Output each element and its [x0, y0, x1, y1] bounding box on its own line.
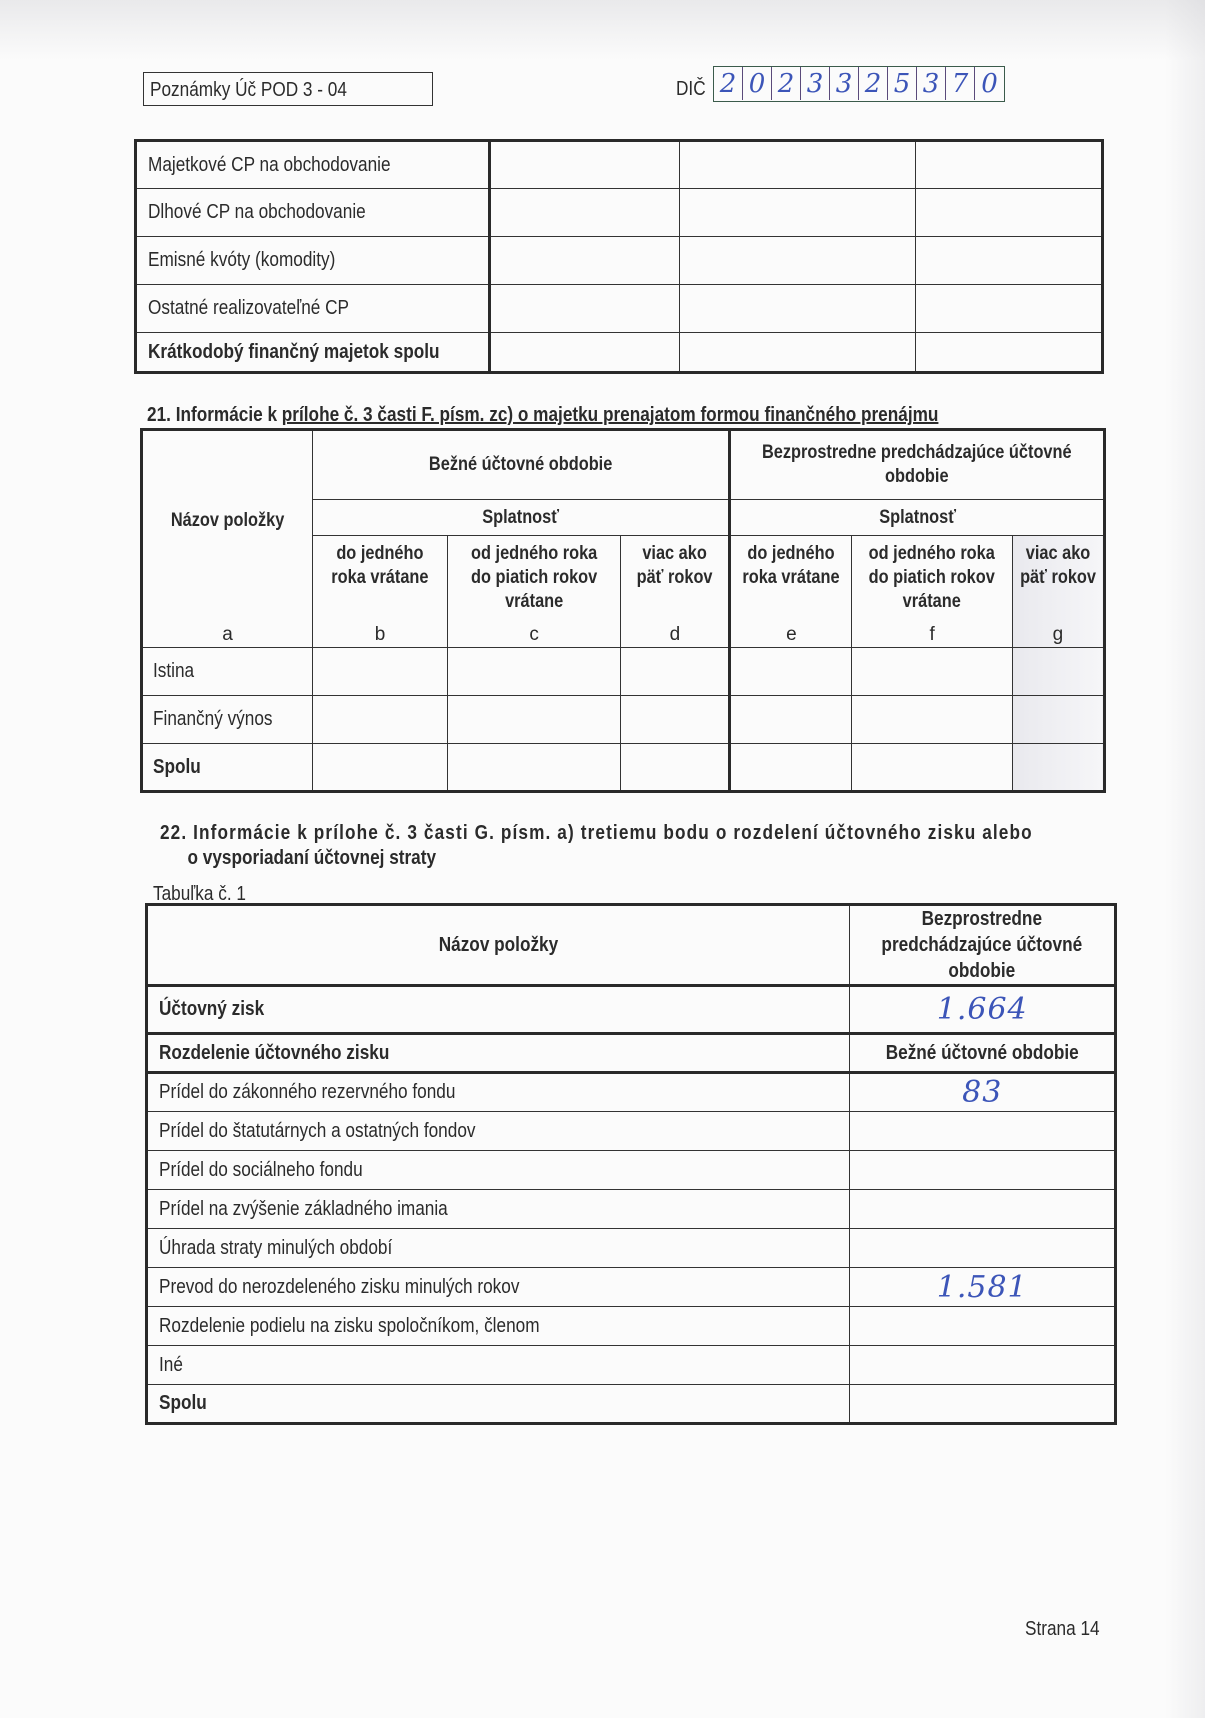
dic-digit[interactable]: 0 — [975, 67, 1004, 100]
row-label-text: Spolu — [159, 1392, 207, 1415]
row-label: Ostatné realizovateľné CP — [136, 285, 490, 333]
form-identifier-text: Poznámky Úč POD 3 - 04 — [150, 73, 347, 107]
value-cell[interactable] — [1012, 648, 1104, 696]
column-letter: f — [852, 623, 1012, 647]
row-label-text: Úhrada straty minulých období — [159, 1237, 392, 1260]
value-cell[interactable] — [916, 237, 1103, 285]
row-label: Prídel do štatutárnych a ostatných fondo… — [147, 1112, 850, 1151]
row-label-text: Dlhové CP na obchodovanie — [148, 201, 366, 224]
row-label: Prídel na zvýšenie základného imania — [147, 1190, 850, 1229]
value-cell[interactable] — [680, 189, 916, 237]
handwritten-value: 1.664 — [937, 992, 1028, 1027]
value-cell[interactable] — [852, 696, 1013, 744]
dic-digit[interactable]: 2 — [714, 67, 743, 100]
column-letter: e — [731, 623, 851, 647]
column-header-maturity-bucket: viac ako päť rokovg — [1012, 536, 1104, 648]
row-label-text: Rozdelenie podielu na zisku spoločníkom,… — [159, 1315, 540, 1338]
table-header-row: Názov položky Bezprostredne predchádzajú… — [147, 905, 1116, 986]
handwritten-value: 83 — [962, 1075, 1002, 1110]
section-22-title-line1: 22. Informácie k prílohe č. 3 časti G. p… — [160, 822, 986, 845]
value-cell[interactable] — [730, 744, 852, 792]
table-row: Emisné kvóty (komodity) — [136, 237, 1103, 285]
value-cell[interactable] — [1012, 744, 1104, 792]
table-row: Spolu — [147, 1385, 1116, 1424]
column-header-maturity-bucket: do jedného roka vrátanee — [730, 536, 852, 648]
row-label-text: Finančný výnos — [153, 708, 273, 731]
value-cell[interactable] — [313, 744, 448, 792]
dic-label-text: DIČ — [676, 78, 706, 101]
column-header-maturity-bucket: od jedného roka do piatich rokov vrátane… — [448, 536, 621, 648]
table-row: Krátkodobý finančný majetok spolu — [136, 333, 1103, 373]
value-cell[interactable] — [1012, 696, 1104, 744]
column-header-current-period: Bežné účtovné obdobie — [850, 1034, 1116, 1073]
row-label: Iné — [147, 1346, 850, 1385]
current-period-label: Bežné účtovné obdobie — [429, 453, 612, 477]
row-label: Prídel do sociálneho fondu — [147, 1151, 850, 1190]
row-label-text: Krátkodobý finančný majetok spolu — [148, 341, 439, 364]
row-label: Spolu — [147, 1385, 850, 1424]
table-row: Ostatné realizovateľné CP — [136, 285, 1103, 333]
table-row: Prevod do nerozdeleného zisku minulých r… — [147, 1268, 1116, 1307]
value-cell[interactable] — [490, 333, 680, 373]
profit-label: Účtovný zisk — [159, 998, 264, 1021]
row-label: Majetkové CP na obchodovanie — [136, 141, 490, 189]
column-header-maturity-bucket: do jedného roka vrátaneb — [313, 536, 448, 648]
row-label-text: Emisné kvóty (komodity) — [148, 249, 335, 272]
column-letter: a — [143, 623, 312, 647]
row-label-text: Prídel do štatutárnych a ostatných fondo… — [159, 1120, 475, 1143]
value-cell[interactable] — [490, 285, 680, 333]
row-label: Finančný výnos — [142, 696, 313, 744]
maturity-label: Splatnosť — [482, 506, 559, 530]
section-21-title: 21. Informácie k prílohe č. 3 časti F. p… — [147, 404, 938, 427]
value-cell[interactable] — [852, 648, 1013, 696]
table-row: Istina — [142, 648, 1105, 696]
section-22-title-line2: o vysporiadaní účtovnej straty — [160, 847, 986, 870]
distribution-label: Rozdelenie účtovného zisku — [159, 1042, 389, 1065]
value-cell[interactable] — [448, 744, 621, 792]
table-row: Iné — [147, 1346, 1116, 1385]
table-row: Spolu — [142, 744, 1105, 792]
row-label-text: Prídel na zvýšenie základného imania — [159, 1198, 448, 1221]
row-label-text: Prevod do nerozdeleného zisku minulých r… — [159, 1276, 519, 1299]
page-number-text: Strana 14 — [1025, 1618, 1100, 1641]
value-cell[interactable] — [850, 1112, 1116, 1151]
table-row-distribution-header: Rozdelenie účtovného zisku Bežné účtovné… — [147, 1034, 1116, 1073]
column-header-maturity-bucket: viac ako päť rokovd — [621, 536, 730, 648]
column-letter: b — [313, 623, 447, 647]
column-header-item-name: Názov položky — [147, 905, 850, 986]
column-header-maturity-bucket: od jedného roka do piatich rokov vrátane… — [852, 536, 1013, 648]
item-name-label: Názov položky — [155, 509, 301, 533]
value-cell[interactable] — [850, 1385, 1116, 1424]
value-cell[interactable] — [850, 1307, 1116, 1346]
row-label: Istina — [142, 648, 313, 696]
row-label-text: Ostatné realizovateľné CP — [148, 297, 349, 320]
form-identifier: Poznámky Úč POD 3 - 04 — [143, 72, 433, 106]
table-row: Finančný výnos — [142, 696, 1105, 744]
row-label: Prídel do zákonného rezervného fondu — [147, 1073, 850, 1112]
value-cell[interactable] — [448, 648, 621, 696]
section-22-title: 22. Informácie k prílohe č. 3 časti G. p… — [160, 822, 1120, 870]
dic-digit[interactable]: 3 — [917, 67, 946, 100]
row-label-text: Prídel do sociálneho fondu — [159, 1159, 363, 1182]
value-cell[interactable] — [680, 237, 916, 285]
row-label: Krátkodobý finančný majetok spolu — [136, 333, 490, 373]
value-cell[interactable] — [850, 1151, 1116, 1190]
header-current-period: Bežné účtovné obdobie — [313, 430, 730, 500]
value-cell[interactable] — [850, 1346, 1116, 1385]
column-letter: d — [621, 623, 728, 647]
row-label-text: Iné — [159, 1354, 183, 1377]
value-cell[interactable] — [680, 333, 916, 373]
row-label: Účtovný zisk — [147, 986, 850, 1034]
dic-field[interactable]: 2 0 2 3 3 2 5 3 7 0 — [713, 66, 1005, 102]
dic-digit[interactable]: 3 — [801, 67, 830, 100]
value-cell[interactable] — [621, 696, 730, 744]
row-label-text: Prídel do zákonného rezervného fondu — [159, 1081, 455, 1104]
row-label-text: Istina — [153, 660, 194, 683]
value-cell[interactable] — [680, 141, 916, 189]
value-cell[interactable] — [621, 744, 730, 792]
section-21-title-underlined: prílohe č. 3 časti F. písm. zc) o majetk… — [282, 404, 939, 426]
row-label: Rozdelenie účtovného zisku — [147, 1034, 850, 1073]
value-cell[interactable] — [621, 648, 730, 696]
value-cell[interactable] — [313, 696, 448, 744]
value-cell[interactable] — [448, 696, 621, 744]
maturity-label: Splatnosť — [879, 506, 956, 530]
row-label: Emisné kvóty (komodity) — [136, 237, 490, 285]
column-label: viac ako päť rokov — [629, 542, 721, 590]
dic-digit[interactable]: 2 — [859, 67, 888, 100]
dic-digit[interactable]: 2 — [772, 67, 801, 100]
value-cell[interactable] — [730, 648, 852, 696]
dic-label: DIČ — [676, 78, 710, 101]
dic-digit[interactable]: 5 — [888, 67, 917, 100]
column-label: viac ako päť rokov — [1019, 542, 1096, 590]
profit-distribution-table: Názov položky Bezprostredne predchádzajú… — [145, 903, 1117, 1425]
value-cell[interactable] — [730, 696, 852, 744]
handwritten-value: 1.581 — [937, 1270, 1028, 1305]
table-row: Prídel do štatutárnych a ostatných fondo… — [147, 1112, 1116, 1151]
column-letter: c — [448, 623, 620, 647]
previous-period-label: Bezprostredne predchádzajúce účtovné obd… — [757, 441, 1077, 489]
value-cell[interactable] — [916, 285, 1103, 333]
column-header-previous-period: Bezprostredne predchádzajúce účtovné obd… — [850, 905, 1116, 986]
value-cell[interactable]: 1.581 — [850, 1268, 1116, 1307]
value-cell[interactable] — [680, 285, 916, 333]
table-row: Prídel do zákonného rezervného fondu83 — [147, 1073, 1116, 1112]
row-label: Rozdelenie podielu na zisku spoločníkom,… — [147, 1307, 850, 1346]
item-name-label: Názov položky — [439, 932, 558, 958]
table-row-profit: Účtovný zisk 1.664 — [147, 986, 1116, 1034]
value-cell[interactable] — [490, 237, 680, 285]
row-label: Úhrada straty minulých období — [147, 1229, 850, 1268]
value-cell[interactable] — [916, 333, 1103, 373]
header-maturity-previous: Splatnosť — [730, 500, 1105, 536]
row-label-text: Spolu — [153, 756, 201, 779]
column-label: od jedného roka do piatich rokov vrátane — [460, 542, 608, 614]
previous-period-label: Bezprostredne predchádzajúce účtovné obd… — [881, 906, 1084, 984]
table-row: Majetkové CP na obchodovanie — [136, 141, 1103, 189]
row-label: Spolu — [142, 744, 313, 792]
row-label-text: Majetkové CP na obchodovanie — [148, 154, 391, 177]
section-21-title-prefix: 21. Informácie k — [147, 404, 282, 426]
dic-digit[interactable]: 0 — [743, 67, 772, 100]
current-period-label: Bežné účtovné obdobie — [886, 1042, 1079, 1065]
table-row: Prídel do sociálneho fondu — [147, 1151, 1116, 1190]
value-cell[interactable] — [490, 141, 680, 189]
table-row: Rozdelenie podielu na zisku spoločníkom,… — [147, 1307, 1116, 1346]
value-cell[interactable] — [852, 744, 1013, 792]
value-cell[interactable] — [850, 1190, 1116, 1229]
row-label: Dlhové CP na obchodovanie — [136, 189, 490, 237]
value-cell[interactable]: 83 — [850, 1073, 1116, 1112]
value-cell[interactable] — [916, 189, 1103, 237]
column-label: do jedného roka vrátane — [323, 542, 438, 590]
value-cell[interactable] — [916, 141, 1103, 189]
column-letter: g — [1013, 623, 1103, 647]
profit-value-cell[interactable]: 1.664 — [850, 986, 1116, 1034]
table-row: Prídel na zvýšenie základného imania — [147, 1190, 1116, 1229]
dic-digit[interactable]: 3 — [830, 67, 859, 100]
column-label: do jedného roka vrátane — [740, 542, 843, 590]
table-row: Úhrada straty minulých období — [147, 1229, 1116, 1268]
value-cell[interactable] — [850, 1229, 1116, 1268]
column-header-item-name: Názov položky a — [142, 430, 313, 648]
header-previous-period: Bezprostredne predchádzajúce účtovné obd… — [730, 430, 1105, 500]
table-row: Dlhové CP na obchodovanie — [136, 189, 1103, 237]
value-cell[interactable] — [490, 189, 680, 237]
financial-assets-table: Majetkové CP na obchodovanieDlhové CP na… — [134, 139, 1104, 374]
row-label: Prevod do nerozdeleného zisku minulých r… — [147, 1268, 850, 1307]
header-maturity-current: Splatnosť — [313, 500, 730, 536]
finance-lease-table: Názov položky a Bežné účtovné obdobie Be… — [140, 428, 1106, 793]
dic-digit[interactable]: 7 — [946, 67, 975, 100]
value-cell[interactable] — [313, 648, 448, 696]
page-number: Strana 14 — [1025, 1618, 1112, 1641]
column-label: od jedného roka do piatich rokov vrátane — [864, 542, 1001, 614]
